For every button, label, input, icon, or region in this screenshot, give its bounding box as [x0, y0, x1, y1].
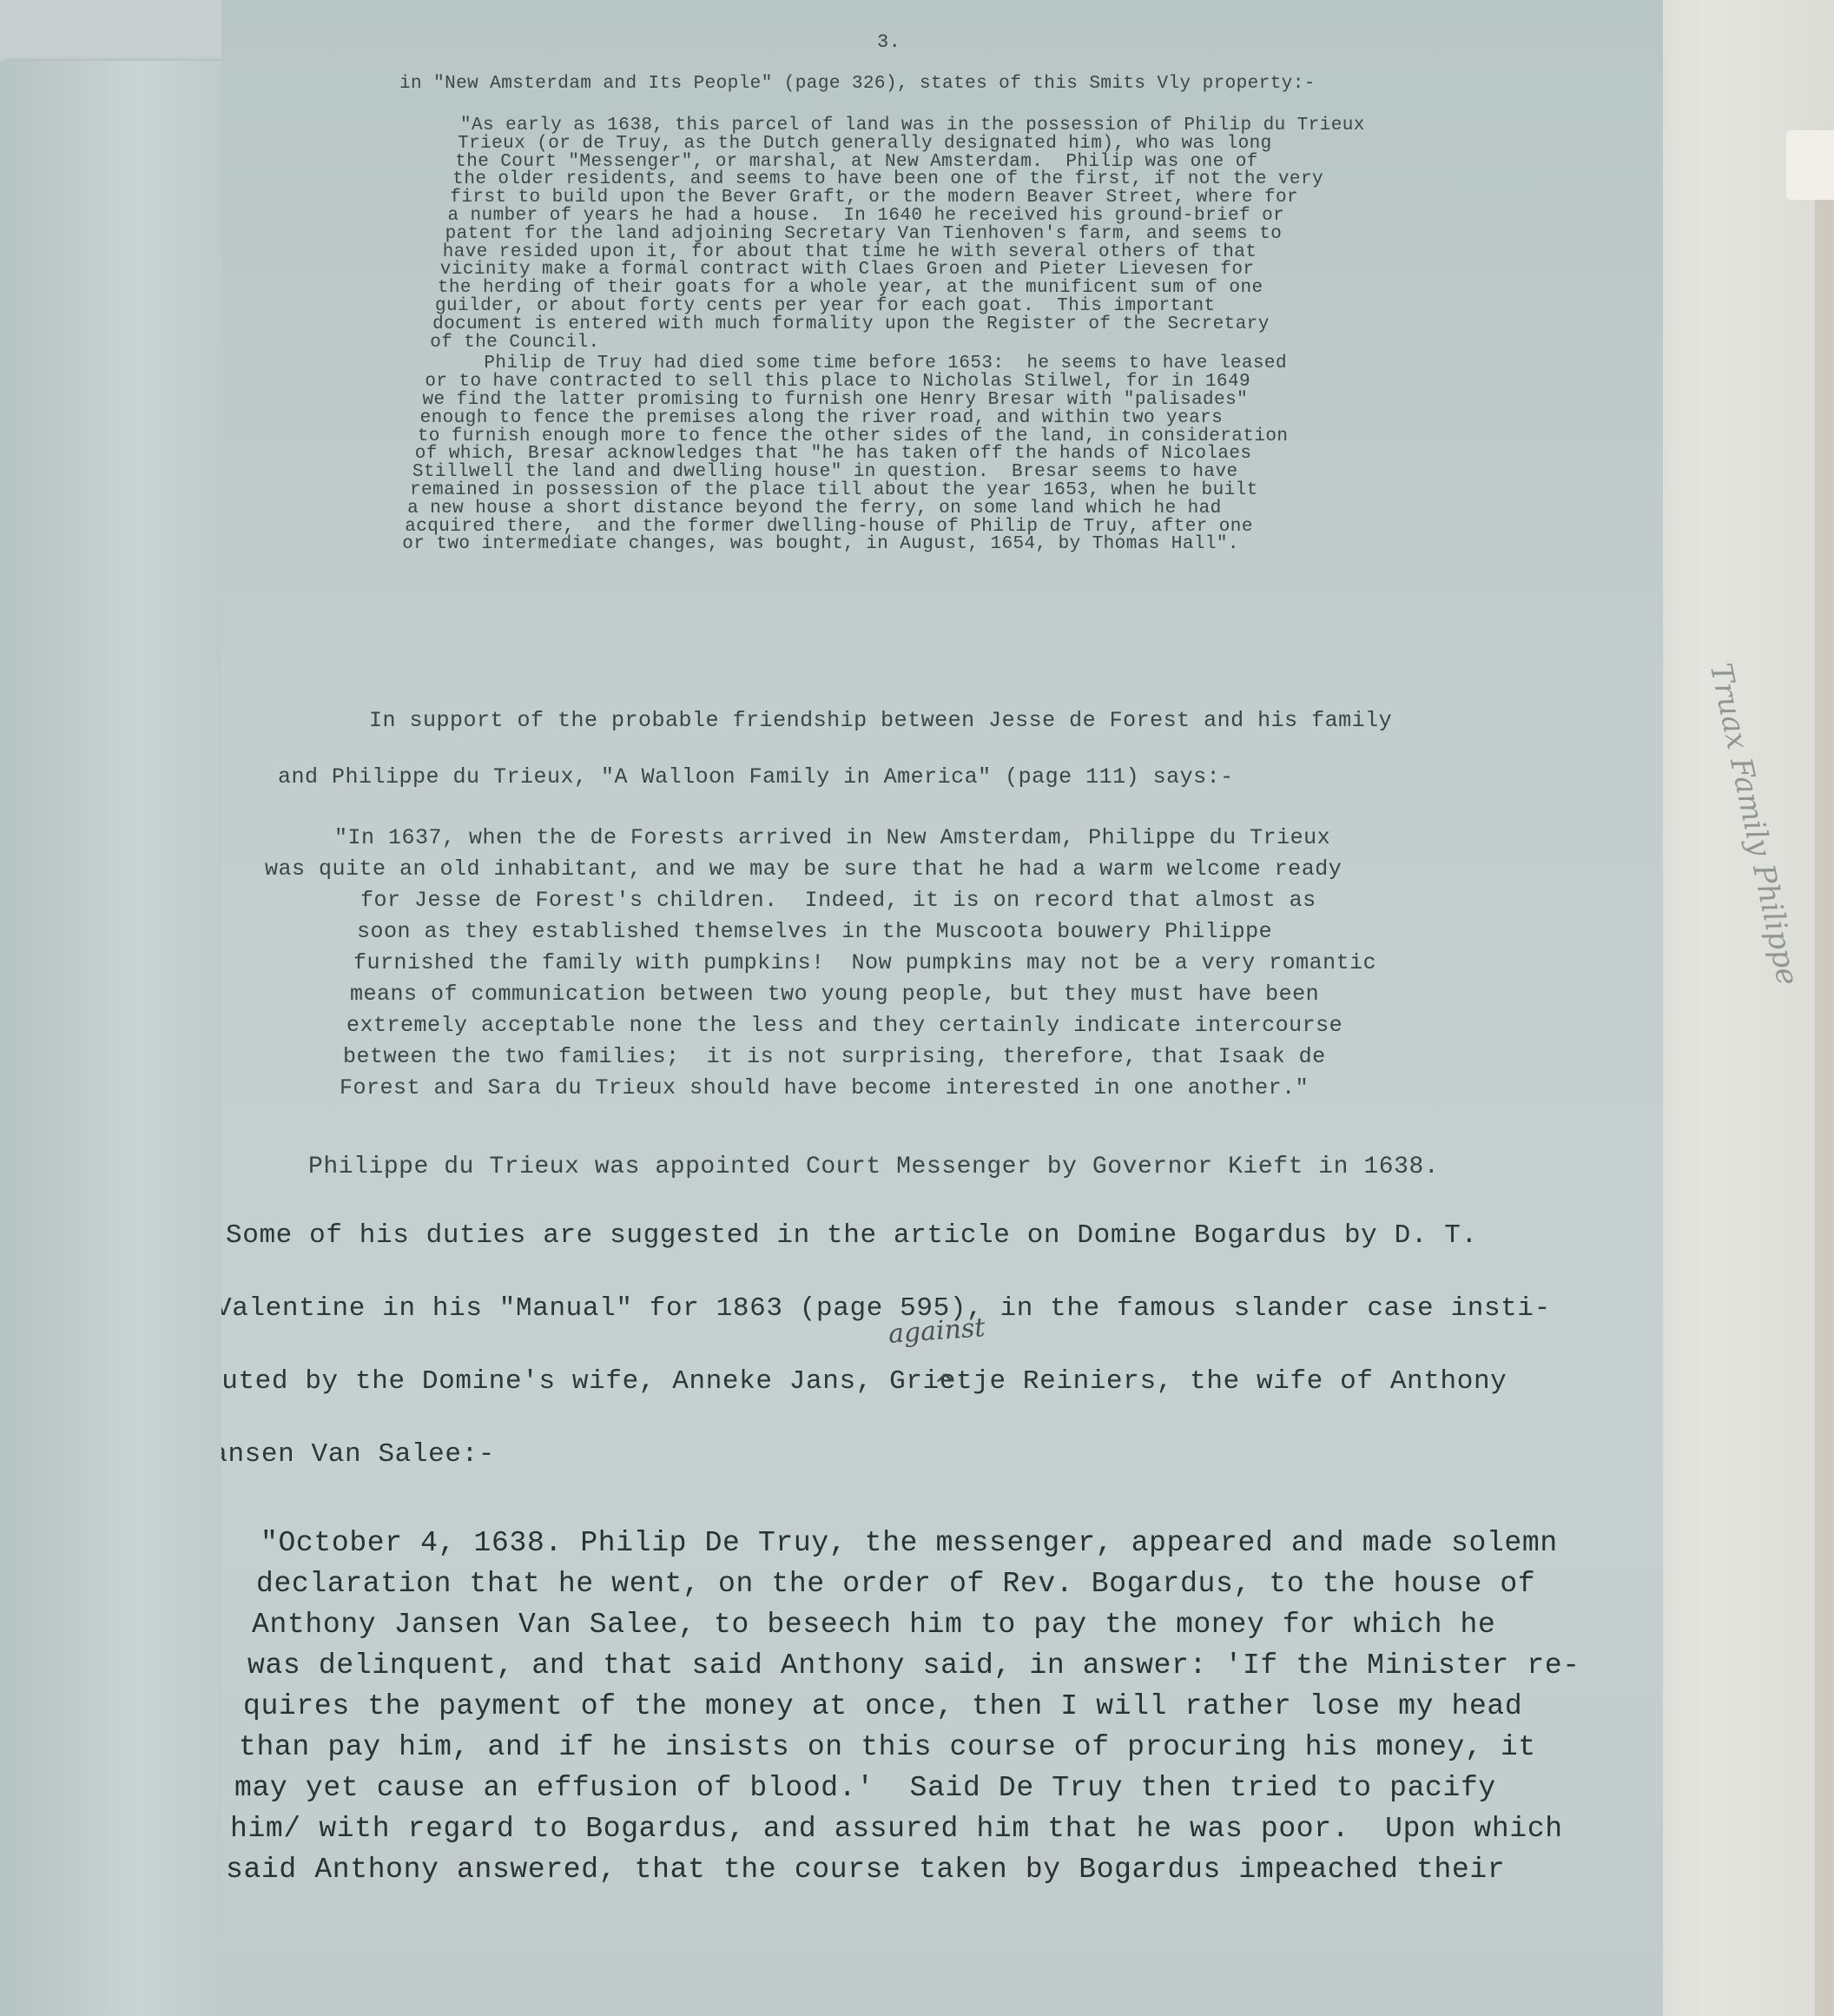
intro-line: in "New Amsterdam and Its People" (page … — [399, 74, 1316, 94]
quote-line: to furnish enough more to fence the othe… — [418, 426, 1289, 446]
quote-line: extremely acceptable none the less and t… — [346, 1013, 1343, 1038]
paragraph-line: Jansen Van Salee:- — [195, 1439, 495, 1470]
quote-line: than pay him, and if he insists on this … — [239, 1731, 1536, 1763]
paragraph-line: and Philippe du Trieux, "A Walloon Famil… — [278, 764, 1234, 790]
paragraph-3: Philippe du Trieux was appointed Court M… — [308, 1153, 1439, 1180]
quote-line: him/ with regard to Bogardus, and assure… — [230, 1813, 1563, 1845]
page-number: 3. — [877, 31, 901, 53]
paragraph-line: tuted by the Domine's wife, Anneke Jans,… — [205, 1366, 1507, 1397]
quote-line: the herding of their goats for a whole y… — [438, 278, 1263, 298]
quote-line: we find the latter promising to furnish … — [423, 390, 1249, 410]
background-edge — [1815, 200, 1834, 2016]
quote-line: was quite an old inhabitant, and we may … — [265, 856, 1342, 882]
quote-line: "October 4, 1638. Philip De Truy, the me… — [261, 1527, 1558, 1559]
background-object — [1786, 130, 1834, 200]
quote-line: or to have contracted to sell this place… — [425, 372, 1250, 392]
quote-line: Anthony Jansen Van Salee, to beseech him… — [252, 1609, 1495, 1641]
quote-line: vicinity make a formal contract with Cla… — [440, 260, 1255, 280]
quote-line: document is entered with much formality … — [432, 314, 1270, 334]
quote-line: patent for the land adjoining Secretary … — [445, 224, 1283, 244]
quote-line: furnished the family with pumpkins! Now … — [353, 950, 1376, 975]
quote-line: quires the payment of the money at once,… — [243, 1690, 1522, 1722]
quote-line: of which, Bresar acknowledges that "he h… — [415, 444, 1252, 464]
quote-line: the Court "Messenger", or marshal, at Ne… — [455, 152, 1258, 172]
quote-line: first to build upon the Bever Graft, or … — [450, 188, 1298, 208]
typewritten-page: 3. in "New Amsterdam and Its People" (pa… — [221, 0, 1663, 2016]
insertion-caret: ^ — [933, 1368, 957, 1401]
paragraph-line: Valentine in his "Manual" for 1863 (page… — [215, 1293, 1551, 1324]
quote-line: "As early as 1638, this parcel of land w… — [460, 116, 1365, 136]
quote-line: a new house a short distance beyond the … — [407, 499, 1222, 519]
quote-line: Philip de Truy had died some time before… — [427, 354, 1287, 373]
quote-line: guilder, or about forty cents per year f… — [435, 296, 1216, 316]
quote-line: may yet cause an effusion of blood.' Sai… — [234, 1772, 1496, 1804]
quote-line: of the Council. — [430, 333, 599, 353]
quote-line: a number of years he had a house. In 164… — [448, 206, 1285, 226]
background-sheet-left — [0, 61, 234, 2016]
quote-line: or two intermediate changes, was bought,… — [402, 534, 1239, 554]
quote-line: declaration that he went, on the order o… — [256, 1568, 1535, 1600]
quote-line: acquired there, and the former dwelling-… — [405, 517, 1253, 537]
quote-line: Stillwell the land and dwelling house" i… — [412, 462, 1238, 482]
quote-line: means of communication between two young… — [350, 982, 1319, 1007]
quote-line: was delinquent, and that said Anthony sa… — [247, 1649, 1580, 1682]
quote-line: soon as they established themselves in t… — [357, 919, 1272, 944]
quote-line: for Jesse de Forest's children. Indeed, … — [360, 888, 1316, 913]
paragraph-line: In support of the probable friendship be… — [369, 708, 1392, 733]
quote-line: Trieux (or de Truy, as the Dutch general… — [458, 134, 1272, 154]
paragraph-line: Some of his duties are suggested in the … — [226, 1220, 1478, 1251]
quote-line: the older residents, and seems to have b… — [452, 169, 1323, 189]
quote-line: remained in possession of the place till… — [410, 480, 1258, 500]
quote-line: have resided upon it, for about that tim… — [443, 242, 1257, 262]
handwritten-insert: against — [887, 1312, 986, 1350]
quote-line: between the two families; it is not surp… — [343, 1044, 1326, 1069]
quote-line: enough to fence the premises along the r… — [420, 408, 1224, 428]
quote-line: "In 1637, when the de Forests arrived in… — [334, 825, 1330, 850]
quote-line: Forest and Sara du Trieux should have be… — [340, 1075, 1309, 1101]
quote-line: said Anthony answered, that the course t… — [226, 1854, 1505, 1886]
